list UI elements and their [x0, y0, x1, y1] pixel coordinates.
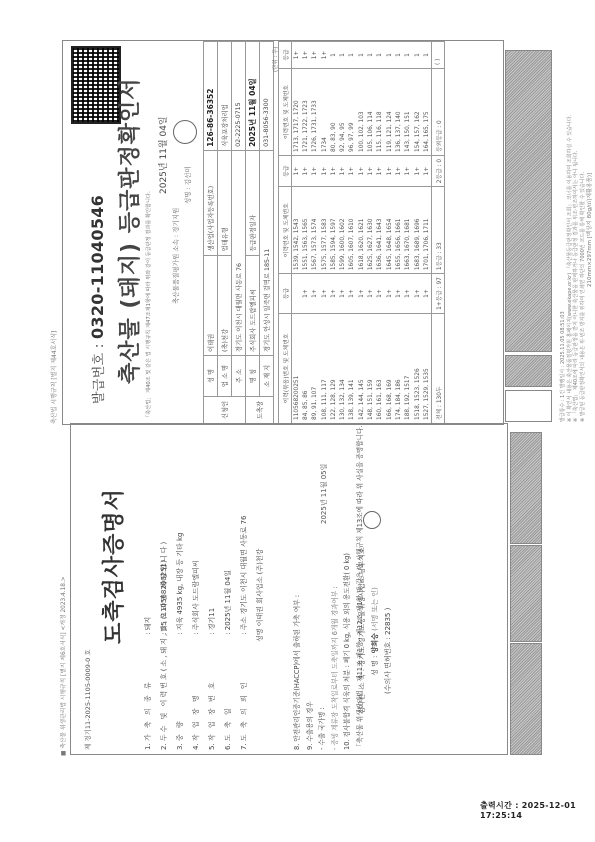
- applicant-biz: (축)천강: [218, 255, 232, 355]
- total-last: ( ): [435, 59, 441, 65]
- license-close: ): [384, 608, 392, 611]
- grade-cell: 1+: [348, 155, 357, 186]
- trace-header: 이력(묶음)번호 및 도체번호: [279, 313, 292, 423]
- trace-number-cell: 1527, 1529, 1535: [422, 313, 432, 423]
- print-timestamp: 출력시간 : 2025-12-01 17:25:14: [480, 800, 595, 820]
- item-value: 2025년 11월 04일: [224, 570, 232, 630]
- total-grade-2: 2등급 : 0: [437, 159, 443, 183]
- security-pattern: [505, 50, 552, 352]
- table-row: 108, 111, 1171+1575, 1577, 15831+17341+: [320, 42, 329, 424]
- grade-cell: 1: [404, 42, 413, 69]
- form-note: ■ 축산물 위생관리법 시행규칙 [별지 제6호서식] <개정 2023.4.1…: [58, 576, 67, 756]
- reg-label: 생산업(사업자등록번호): [204, 150, 218, 255]
- trace-number-cell: 160, 161, 163: [376, 313, 385, 423]
- grade-cell: 1+: [329, 155, 338, 186]
- biz-type-label: 업태유형: [218, 150, 232, 255]
- item-label: 작 업 장 명: [191, 637, 201, 741]
- affiliation-label: 소 속 :: [358, 669, 366, 689]
- inspector-label: 검사관: [358, 694, 366, 714]
- grade-cell: 1+: [320, 42, 329, 69]
- disposal-label: 10. 검사불합격 식육의 처분 :: [343, 665, 351, 750]
- grade-cell: 1: [357, 42, 366, 69]
- grade-cell: 1+: [376, 155, 385, 186]
- grade-cell: 1+: [394, 274, 403, 314]
- item-extra: kg: [176, 533, 184, 542]
- total-grade-1: 1등급 : 33: [437, 242, 443, 270]
- item-extra: (110568200251): [160, 560, 168, 619]
- grade-cell: 1+: [292, 155, 302, 186]
- grade-cell: 1+: [376, 274, 385, 314]
- trace-number-cell: 1636, 1641, 1643: [376, 187, 385, 274]
- grade-cell: 1+: [385, 274, 394, 314]
- blank-box: [505, 390, 552, 422]
- inspection-item: 3. 중 량 : 지육 4935 kg, 내장 등 기타 kg: [175, 533, 185, 750]
- security-pattern: [510, 643, 542, 755]
- trace-header: 이력번호 및 도체번호: [279, 187, 292, 274]
- trace-number-cell: 96, 97, 99: [348, 69, 357, 156]
- grade-cell: 1+: [422, 274, 432, 314]
- total-other: 등외등급 : 0: [437, 120, 443, 152]
- total-label: 전체 :: [437, 405, 443, 420]
- grade-cell: 1+: [348, 274, 357, 314]
- inspection-title: 도축검사증명서: [97, 488, 128, 644]
- table-row: 166, 168, 1691+1645, 1648, 16541+119, 12…: [385, 42, 394, 424]
- trace-number-cell: 1575, 1577, 1583: [320, 187, 329, 274]
- official-seal-icon: [173, 120, 197, 144]
- grade-cell: 1+: [311, 155, 320, 186]
- table-row: 1527, 1529, 15351+1701, 1706, 17111+164,…: [422, 42, 432, 424]
- grading-date: 2025년 11월 04일: [156, 116, 169, 194]
- trace-number-cell: 1726, 1731, 1733: [311, 69, 320, 156]
- grading-title: 축산물 (돼지) 등급판정확인서: [113, 78, 144, 384]
- trace-number-cell: 174, 184, 186: [394, 313, 403, 423]
- grade-cell: 1+: [338, 155, 347, 186]
- table-row: 138, 139, 1411+1605, 1607, 16101+96, 97,…: [348, 42, 357, 424]
- security-pattern: [510, 545, 542, 642]
- slaughterhouse-address: 경기도 안성시 일죽면 걸멱로 185-11: [260, 150, 274, 355]
- grade-cell: 1: [413, 42, 422, 69]
- seal-text: (서명 또는 인): [371, 587, 379, 631]
- inspection-item: 5. 작 업 장 번 호 : 경기11: [207, 608, 217, 750]
- license-label: (수의사 면허번호 :: [384, 637, 392, 694]
- item-label: 작 업 장 번 호: [207, 637, 217, 741]
- table-row: 1105682002511539, 1542, 15431+1713, 1717…: [292, 42, 302, 424]
- trace-number-cell: 138, 139, 141: [348, 313, 357, 423]
- table-row: 142, 144, 1451+1618, 1620, 16211+100, 10…: [357, 42, 366, 424]
- grade-cell: 1: [422, 42, 432, 69]
- item-label: 가 축 의 종 류: [143, 637, 153, 741]
- item-label: 도 축 의 뢰 인: [239, 637, 249, 741]
- total-cell: 2등급 : 0: [432, 155, 445, 186]
- inspector-signature: 검사관 소 속 : 경기도 경기도동물위생시험소 남부지소 성 명 : 양희승 …: [356, 547, 395, 714]
- trace-number-cell: 1734: [320, 69, 329, 156]
- export-note: - 증빙 계류장 도착일로부터 도축일까지 6개월 경과여부 :: [329, 426, 342, 750]
- trace-number-cell: 1618, 1620, 1621: [357, 187, 366, 274]
- trace-number-cell: 1701, 1706, 1711: [422, 187, 432, 274]
- grading-issuer: 축산물품질평가원 소속 : 경기지원: [171, 208, 180, 304]
- item-value: 지육 4935 kg, 내장 등 기타: [176, 543, 184, 630]
- reg-number: 126-86-36352: [204, 42, 218, 151]
- affiliation: 경기도 경기도동물위생시험소 남부지소: [358, 547, 366, 666]
- trace-header: 등급: [279, 155, 292, 186]
- grade-cell: 1+: [357, 155, 366, 186]
- total-row: 전체 : 130두 1+등급 : 97 1등급 : 33 2등급 : 0 등외등…: [432, 42, 445, 424]
- trace-number-cell: 1663, 1670, 1681: [404, 187, 413, 274]
- grade-cell: 1+: [413, 155, 422, 186]
- trace-number-cell: 1721, 1722, 1723: [301, 69, 310, 156]
- grading-date-label: 등급판정일자: [246, 150, 260, 255]
- export-label: 9. 수출용의 경우: [304, 426, 317, 750]
- slaughterhouse-name: 주식회사 도드람엘피씨: [246, 255, 260, 355]
- grade-cell: 1+: [404, 274, 413, 314]
- grade-cell: 1: [329, 42, 338, 69]
- trace-number-cell: 1599, 1600, 1602: [338, 187, 347, 274]
- grade-cell: 1+: [301, 42, 310, 69]
- biz-type: 식육포장처리업: [218, 42, 232, 151]
- trace-number-cell: 84, 85, 86: [301, 313, 310, 423]
- applicant-name: 이태권: [204, 255, 218, 355]
- grading-description: 「축산법」 제40조 및 같은 법 시행규칙 제47조제1항에 따라 위와 같이…: [145, 191, 152, 420]
- trace-number-cell: 1539, 1542, 1543: [292, 187, 302, 274]
- inspection-item: 4. 작 업 장 명 : 주식회사 도드람엘피씨: [191, 560, 201, 750]
- table-row: 1518, 1523, 15261+1683, 1689, 16961+154,…: [413, 42, 422, 424]
- item-label: 두수 및 이력번호(소,돼지,닭,오리만 해당합니다): [159, 637, 169, 741]
- grade-cell: 1+: [413, 274, 422, 314]
- table-row: 160, 161, 1631+1636, 1641, 16431+115, 11…: [376, 42, 385, 424]
- grade-cell: 1+: [404, 155, 413, 186]
- trace-number-cell: 136, 137, 140: [394, 69, 403, 156]
- grade-cell: 1+: [357, 274, 366, 314]
- issue-number: 발급번호 : 0320-11040546: [88, 195, 107, 404]
- table-row: 122, 128, 1291+1585, 1594, 15971+80, 83,…: [329, 42, 338, 424]
- grading-certificate: 축산법 시행규칙 [별지 제44호서식] 발급번호 : 0320-1104054…: [62, 40, 504, 425]
- grade-cell: 1+: [385, 155, 394, 186]
- item-number: 2.: [160, 743, 168, 750]
- trace-header: 등급: [279, 274, 292, 314]
- trace-number-cell: 1585, 1594, 1597: [329, 187, 338, 274]
- trace-number-cell: 188, 192, 1517: [404, 313, 413, 423]
- inspection-item: 1. 가 축 의 종 류 : 돼지: [143, 617, 153, 750]
- grade-cell: 1+: [292, 42, 302, 69]
- name-label: 성 명 :: [371, 656, 379, 676]
- total-grade-1plus: 1+등급 : 97: [437, 277, 443, 310]
- trace-number-cell: 108, 111, 117: [320, 313, 329, 423]
- grade-cell: 1: [348, 42, 357, 69]
- trace-number-cell: 1567, 1573, 1574: [311, 187, 320, 274]
- trace-number-cell: 1518, 1523, 1526: [413, 313, 422, 423]
- client-name: 이태권: [256, 606, 264, 626]
- total-cell: 등외등급 : 0: [432, 69, 445, 156]
- issue-number-label: 발급번호 :: [92, 343, 107, 404]
- trace-number-cell: 115, 116, 118: [376, 69, 385, 156]
- item-value: 돼지: [144, 617, 152, 631]
- trace-table: 이력(묶음)번호 및 도체번호등급이력번호 및 도체번호등급이력번호 및 도체번…: [278, 41, 445, 424]
- trace-number-cell: 105, 106, 114: [366, 69, 375, 156]
- gray-block: [505, 355, 552, 387]
- grade-cell: 1+: [311, 42, 320, 69]
- trace-header: 이력번호 및 도체번호: [279, 69, 292, 156]
- trace-number-cell: 148, 151, 159: [366, 313, 375, 423]
- client-name-label: 성명: [256, 628, 264, 642]
- table-row: 130, 132, 1341+1599, 1600, 16021+92, 94,…: [338, 42, 347, 424]
- slaughter-name-label: 명 칭: [246, 356, 260, 397]
- grading-director: 성명 : 김선미: [183, 166, 192, 204]
- item-number: 1.: [144, 743, 152, 750]
- trace-number-cell: 92, 94, 95: [338, 69, 347, 156]
- paper-size-note: 210mm×297mm [백상지 80g/㎡(재활용품)]: [585, 173, 593, 287]
- trace-number-cell: 122, 128, 129: [329, 313, 338, 423]
- total-cell: ( ): [432, 42, 445, 69]
- item-number: 7.: [240, 743, 248, 750]
- grade-cell: 1+: [301, 274, 310, 314]
- trace-number-cell: 1683, 1689, 1696: [413, 187, 422, 274]
- inspection-certificate: ■ 축산물 위생관리법 시행규칙 [별지 제6호서식] <개정 2023.4.1…: [70, 423, 508, 755]
- disposal-value: 폐기 0 kg, 식용 외의 용도전환( 0 kg): [343, 553, 351, 663]
- security-pattern: [510, 432, 542, 544]
- grade-cell: 1+: [320, 274, 329, 314]
- grade-cell: 1+: [329, 274, 338, 314]
- applicant-address: 경기도 이천시 대월면 사동로 76: [232, 150, 246, 355]
- table-row: 148, 151, 1591+1625, 1627, 16301+105, 10…: [366, 42, 375, 424]
- item-label: 도 축 일: [223, 637, 233, 741]
- grading-date-value: 2025년 11월 04일: [246, 42, 260, 151]
- grade-cell: 1+: [320, 155, 329, 186]
- haccp-label: 8. 안전관리인증기준(HACCP)에서 출하된 가축 여부 :: [291, 426, 304, 750]
- grade-cell: 1: [394, 42, 403, 69]
- grade-cell: 1+: [338, 274, 347, 314]
- total-count: 130두: [437, 386, 443, 403]
- client-row: 성명 이태권 회사업소 (주)천강: [255, 549, 265, 642]
- trace-number-cell: 164, 165, 175: [422, 69, 432, 156]
- total-cell: 1등급 : 33: [432, 187, 445, 274]
- inspector-name: 양희승: [371, 633, 379, 653]
- item-number: 6.: [224, 743, 232, 750]
- item-value: 주식회사 도드람엘피씨: [192, 560, 200, 630]
- trace-number-cell: 154, 157, 162: [413, 69, 422, 156]
- grade-cell: 1+: [422, 155, 432, 186]
- trace-header: 등급: [279, 42, 292, 69]
- footnotes: 발급통수 : 1건 발행일시 : 2025.11.05 08:51:03 ※ 이…: [560, 42, 586, 422]
- grade-cell: 1: [338, 42, 347, 69]
- trace-number-cell: 89, 91, 107: [311, 313, 320, 423]
- table-row: 84, 85, 861+1551, 1563, 15651+1721, 1722…: [301, 42, 310, 424]
- trace-number-cell: 110568200251: [292, 313, 302, 423]
- inspection-item: 7. 도 축 의 뢰 인 : 주소 경기도 이천시 대월면 사동로 76: [239, 516, 249, 750]
- grade-cell: 1+: [301, 155, 310, 186]
- table-row: 89, 91, 1071+1567, 1573, 15741+1726, 173…: [311, 42, 320, 424]
- grade-cell: 1: [385, 42, 394, 69]
- trace-number-cell: 166, 168, 169: [385, 313, 394, 423]
- item-number: 3.: [176, 743, 184, 750]
- trace-number-cell: 100, 102, 103: [357, 69, 366, 156]
- grade-cell: [292, 274, 302, 314]
- trace-number-cell: 1713, 1717, 1720: [292, 69, 302, 156]
- inspection-item: 2. 두수 및 이력번호(소,돼지,닭,오리만 해당합니다) : 55 (110…: [159, 560, 169, 750]
- item-value: 55: [160, 621, 168, 630]
- trace-number-cell: 1655, 1656, 1661: [394, 187, 403, 274]
- grade-cell: 1: [366, 42, 375, 69]
- trace-number-cell: 143, 150, 151: [404, 69, 413, 156]
- grade-cell: 1+: [394, 155, 403, 186]
- name-label: 성 명: [204, 356, 218, 397]
- biz-label: 업 소 명: [218, 356, 232, 397]
- inspection-item: 6. 도 축 일 : 2025년 11월 04일: [223, 570, 233, 750]
- item-value: 주소 경기도 이천시 대월면 사동로 76: [240, 516, 248, 631]
- slaughter-addr-label: 소 재 지: [260, 356, 274, 397]
- grade-cell: 1+: [311, 274, 320, 314]
- trace-number-cell: 80, 83, 90: [329, 69, 338, 156]
- slaughter-group-label: 도축장: [246, 397, 274, 424]
- client-biz-label: 회사업소: [256, 577, 264, 604]
- item-label: 중 량: [175, 637, 185, 741]
- item-number: 5.: [208, 743, 216, 750]
- table-row: 188, 192, 15171+1663, 1670, 16811+143, 1…: [404, 42, 413, 424]
- grade-cell: 1: [376, 42, 385, 69]
- client-biz: (주)천강: [256, 549, 264, 575]
- trace-number-cell: 119, 121, 124: [385, 69, 394, 156]
- table-row: 174, 184, 1861+1655, 1656, 16611+136, 13…: [394, 42, 403, 424]
- certificate-number: 제 경기11-2025-1105-0009-0 호: [83, 649, 92, 750]
- trace-number-cell: 1625, 1627, 1630: [366, 187, 375, 274]
- item-number: 4.: [192, 743, 200, 750]
- inspector-seal-icon: [363, 511, 381, 529]
- trace-number-cell: 1551, 1563, 1565: [301, 187, 310, 274]
- issue-number-value: 0320-11040546: [88, 195, 107, 339]
- applicant-phone: 02-2225-0715: [232, 42, 246, 151]
- grade-cell: 1+: [366, 155, 375, 186]
- total-cell: 전체 : 130두: [432, 313, 445, 423]
- total-cell: 1+등급 : 97: [432, 274, 445, 314]
- item-value: 경기11: [208, 608, 216, 630]
- trace-number-cell: 130, 132, 134: [338, 313, 347, 423]
- addr-label: 주 소: [232, 356, 246, 397]
- inspection-date: 2025년 11월 05일: [319, 464, 329, 524]
- grade-cell: 1+: [366, 274, 375, 314]
- form-note: 축산법 시행규칙 [별지 제44호서식]: [49, 331, 58, 424]
- applicant-table: 신청인 성 명 이태권 생산업(사업자등록번호) 126-86-36352 업 …: [203, 41, 274, 424]
- rotated-document: 축산법 시행규칙 [별지 제44호서식] 발급번호 : 0320-1104054…: [0, 0, 595, 842]
- license-number: 22835: [384, 613, 392, 635]
- trace-number-cell: 1605, 1607, 1610: [348, 187, 357, 274]
- trace-number-cell: 1645, 1648, 1654: [385, 187, 394, 274]
- applicant-group-label: 신청인: [204, 397, 246, 424]
- trace-number-cell: 142, 144, 145: [357, 313, 366, 423]
